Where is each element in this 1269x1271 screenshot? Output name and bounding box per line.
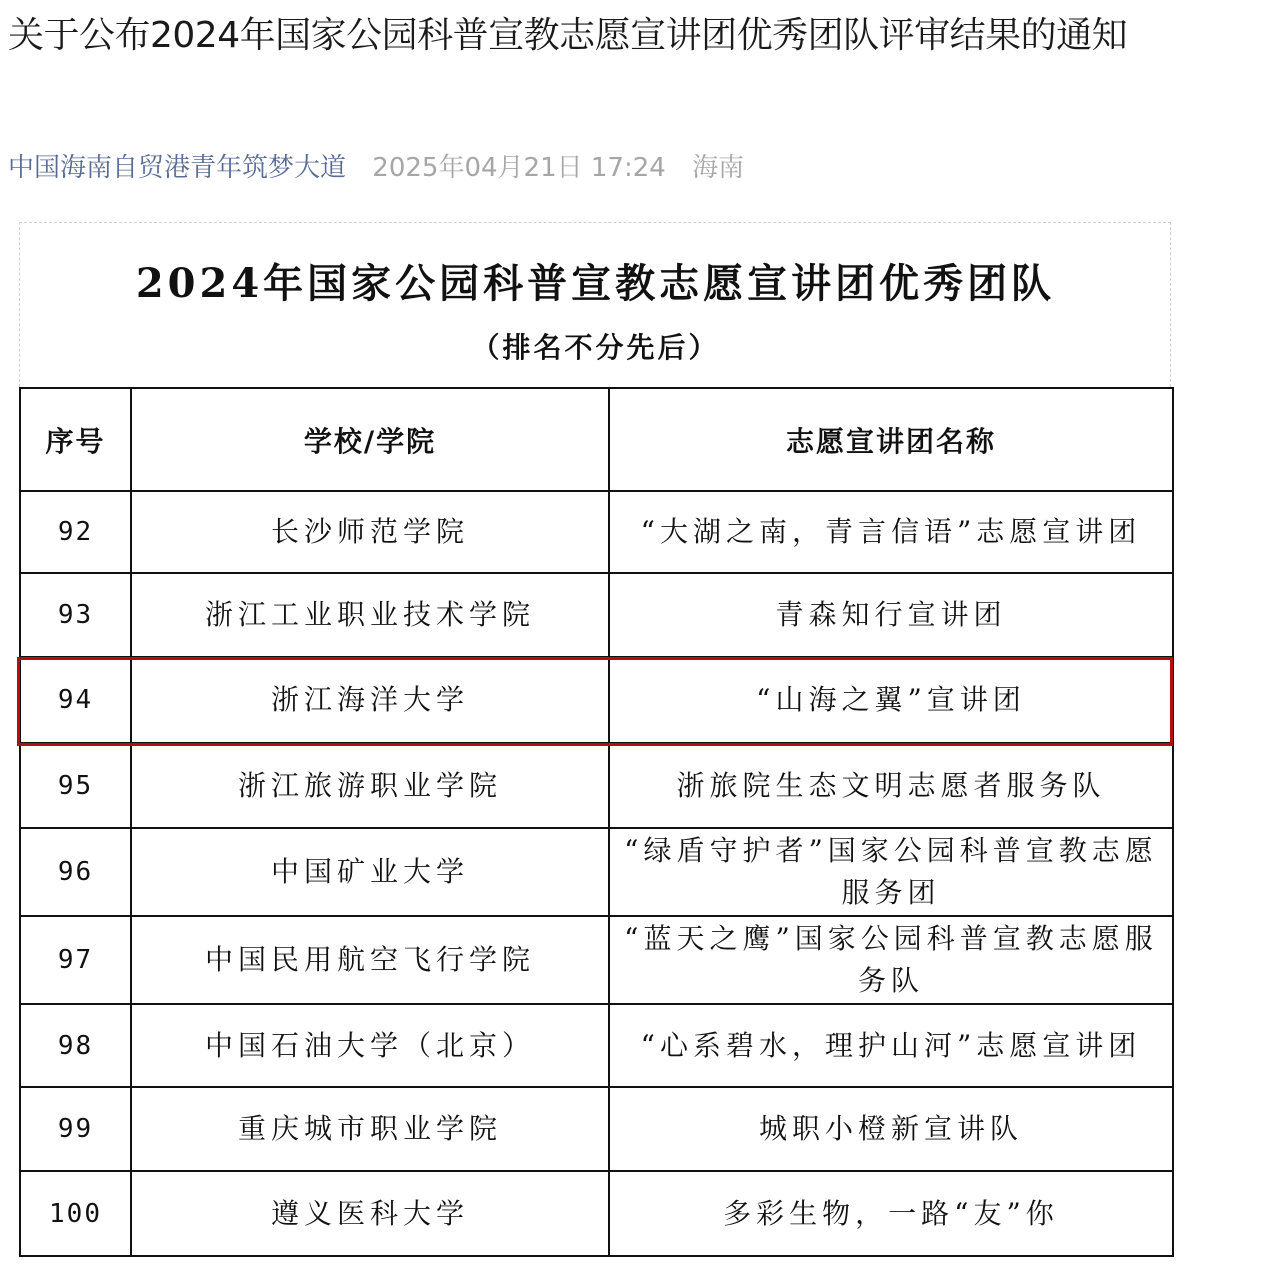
- team-name: 青森知行宣讲团: [609, 573, 1173, 657]
- article-title: 关于公布2024年国家公园科普宣教志愿宣讲团优秀团队评审结果的通知: [8, 8, 1268, 64]
- table-row: 97中国民用航空飞行学院“蓝天之鹰”国家公园科普宣教志愿服务队: [20, 916, 1173, 1004]
- team-name: 城职小橙新宣讲队: [609, 1087, 1173, 1171]
- document-subtitle: （排名不分先后）: [19, 326, 1172, 366]
- row-number: 94: [20, 657, 131, 743]
- table-row: 96中国矿业大学“绿盾守护者”国家公园科普宣教志愿服务团: [20, 828, 1173, 916]
- column-header-no: 序号: [20, 388, 131, 491]
- team-name: “大湖之南，青言信语”志愿宣讲团: [609, 491, 1173, 573]
- article-meta: 中国海南自贸港青年筑梦大道 2025年04月21日 17:24 海南: [8, 150, 744, 186]
- row-number: 97: [20, 916, 131, 1004]
- school-name: 长沙师范学院: [131, 491, 609, 573]
- table-header-row: 序号 学校/学院 志愿宣讲团名称: [20, 388, 1173, 491]
- row-number: 98: [20, 1004, 131, 1087]
- school-name: 中国民用航空飞行学院: [131, 916, 609, 1004]
- school-name: 浙江工业职业技术学院: [131, 573, 609, 657]
- row-number: 100: [20, 1171, 131, 1256]
- table-row-highlighted: 94浙江海洋大学“山海之翼”宣讲团: [20, 657, 1173, 743]
- results-table: 序号 学校/学院 志愿宣讲团名称 92长沙师范学院“大湖之南，青言信语”志愿宣讲…: [19, 387, 1174, 1257]
- row-number: 92: [20, 491, 131, 573]
- table-row: 100遵义医科大学多彩生物，一路“友”你: [20, 1171, 1173, 1256]
- school-name: 浙江旅游职业学院: [131, 743, 609, 828]
- school-name: 中国矿业大学: [131, 828, 609, 916]
- document-title: 2024年国家公园科普宣教志愿宣讲团优秀团队: [19, 252, 1172, 309]
- school-name: 遵义医科大学: [131, 1171, 609, 1256]
- team-name: 多彩生物，一路“友”你: [609, 1171, 1173, 1256]
- row-number: 96: [20, 828, 131, 916]
- table-row: 99重庆城市职业学院城职小橙新宣讲队: [20, 1087, 1173, 1171]
- school-name: 重庆城市职业学院: [131, 1087, 609, 1171]
- team-name: “心系碧水，理护山河”志愿宣讲团: [609, 1004, 1173, 1087]
- table-row: 98中国石油大学（北京）“心系碧水，理护山河”志愿宣讲团: [20, 1004, 1173, 1087]
- row-number: 93: [20, 573, 131, 657]
- column-header-team: 志愿宣讲团名称: [609, 388, 1173, 491]
- author-link[interactable]: 中国海南自贸港青年筑梦大道: [8, 153, 346, 183]
- team-name: “山海之翼”宣讲团: [609, 657, 1173, 743]
- table-row: 92长沙师范学院“大湖之南，青言信语”志愿宣讲团: [20, 491, 1173, 573]
- publish-region: 海南: [692, 153, 744, 183]
- table-row: 93浙江工业职业技术学院青森知行宣讲团: [20, 573, 1173, 657]
- team-name: 浙旅院生态文明志愿者服务队: [609, 743, 1173, 828]
- school-name: 浙江海洋大学: [131, 657, 609, 743]
- table-row: 95浙江旅游职业学院浙旅院生态文明志愿者服务队: [20, 743, 1173, 828]
- team-name: “蓝天之鹰”国家公园科普宣教志愿服务队: [609, 916, 1173, 1004]
- row-number: 99: [20, 1087, 131, 1171]
- results-table-image: 2024年国家公园科普宣教志愿宣讲团优秀团队 （排名不分先后） 序号 学校/学院…: [19, 222, 1172, 1259]
- team-name: “绿盾守护者”国家公园科普宣教志愿服务团: [609, 828, 1173, 916]
- column-header-school: 学校/学院: [131, 388, 609, 491]
- school-name: 中国石油大学（北京）: [131, 1004, 609, 1087]
- row-number: 95: [20, 743, 131, 828]
- publish-date: 2025年04月21日 17:24: [372, 153, 666, 183]
